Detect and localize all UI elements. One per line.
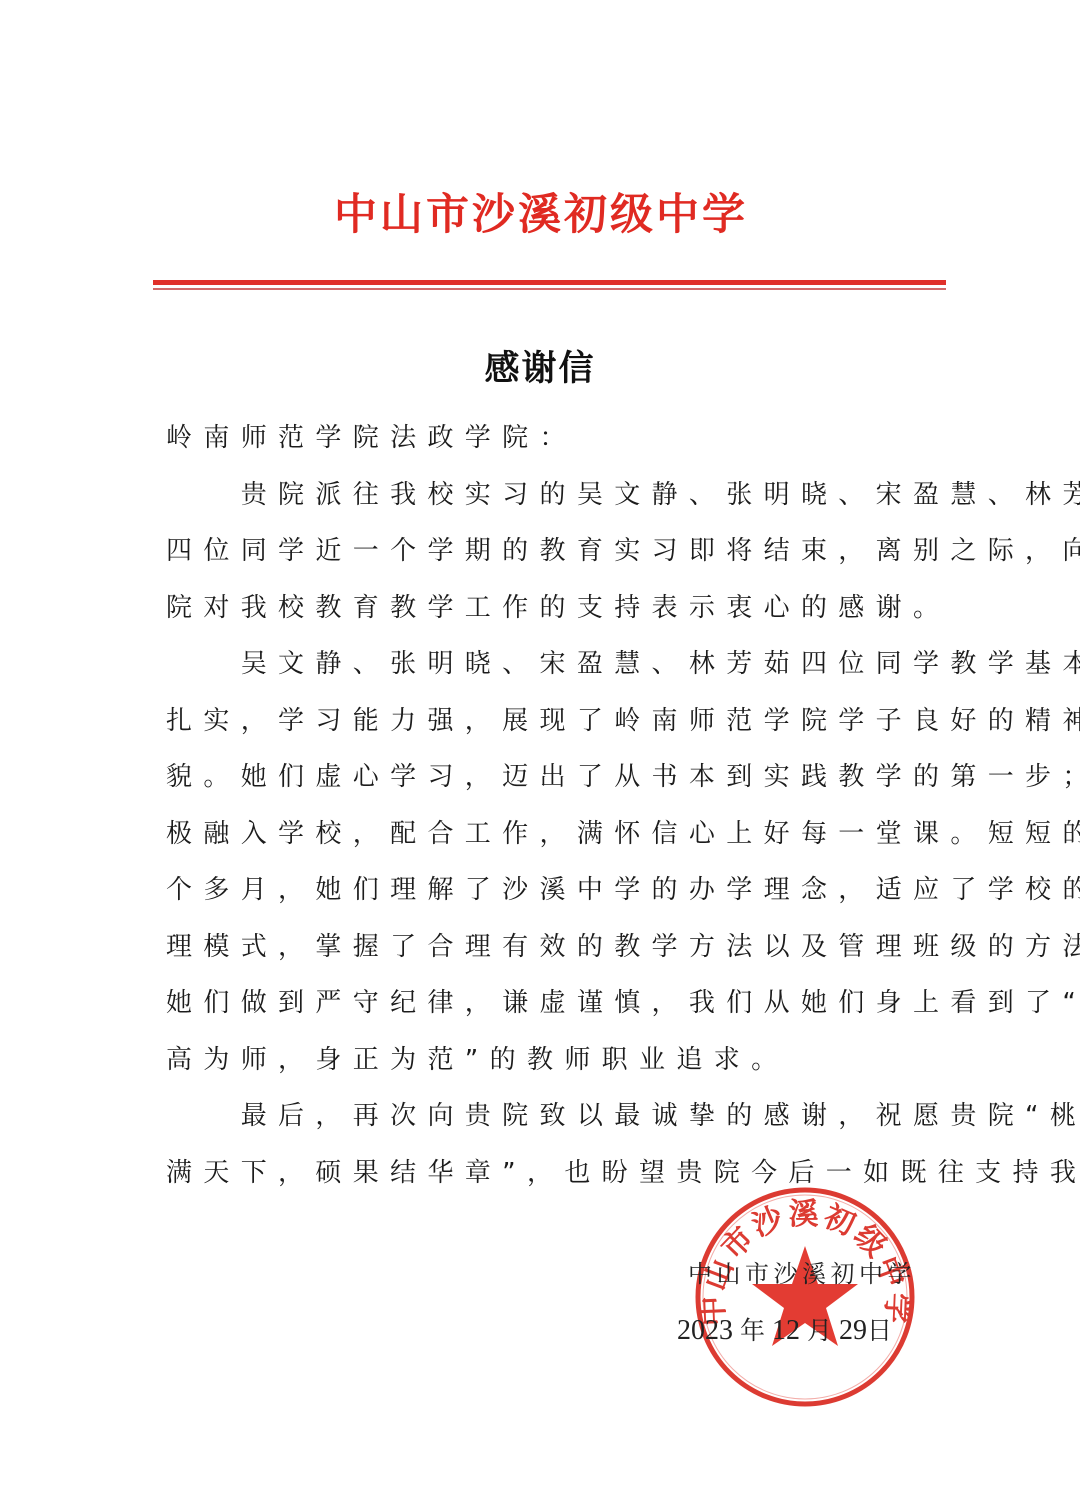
- date-year-unit: 年: [740, 1316, 765, 1345]
- paragraph-line: 她们做到严守纪律，谦虚谨慎，我们从她们身上看到了“学: [166, 975, 926, 1032]
- letterhead-school-name: 中山市沙溪初级中学: [0, 186, 1080, 244]
- salutation: 岭南师范学院法政学院：: [166, 410, 926, 467]
- paragraph-line: 院对我校教育教学工作的支持表示衷心的感谢。: [166, 580, 926, 637]
- paragraph-line: 吴文静、张明晓、宋盈慧、林芳茹四位同学教学基本功: [166, 636, 926, 693]
- date-month: 12: [772, 1315, 800, 1346]
- paragraph-line: 高为师，身正为范”的教师职业追求。: [166, 1032, 926, 1089]
- signature-date: 2023 年 12 月 29日: [677, 1311, 937, 1351]
- paragraph-line: 贵院派往我校实习的吴文静、张明晓、宋盈慧、林芳茹: [166, 467, 926, 524]
- letter-body: 岭南师范学院法政学院： 贵院派往我校实习的吴文静、张明晓、宋盈慧、林芳茹 四位同…: [166, 410, 926, 1201]
- paragraph-line: 最后，再次向贵院致以最诚挚的感谢，祝愿贵院“桃李: [166, 1088, 926, 1145]
- paragraph-line: 貌。她们虚心学习，迈出了从书本到实践教学的第一步；积: [166, 749, 926, 806]
- paragraph-line: 个多月，她们理解了沙溪中学的办学理念，适应了学校的管: [166, 862, 926, 919]
- letterhead-divider-thick: [153, 280, 946, 285]
- letterhead-divider-thin: [153, 288, 946, 290]
- signature-school-name: 中山市沙溪初中学: [688, 1254, 928, 1294]
- paragraph-line: 四位同学近一个学期的教育实习即将结束，离别之际，向贵: [166, 523, 926, 580]
- date-year: 2023: [677, 1315, 733, 1346]
- document-title: 感谢信: [0, 344, 1080, 394]
- official-seal: 中山市沙溪初级中学: [690, 1184, 920, 1410]
- paragraph-line: 扎实，学习能力强，展现了岭南师范学院学子良好的精神面: [166, 693, 926, 750]
- paragraph-line: 理模式，掌握了合理有效的教学方法以及管理班级的方法。: [166, 919, 926, 976]
- paragraph-2: 吴文静、张明晓、宋盈慧、林芳茹四位同学教学基本功 扎实，学习能力强，展现了岭南师…: [166, 636, 926, 1088]
- paragraph-1: 贵院派往我校实习的吴文静、张明晓、宋盈慧、林芳茹 四位同学近一个学期的教育实习即…: [166, 467, 926, 637]
- date-month-unit: 月: [807, 1316, 832, 1345]
- date-day-unit: 日: [867, 1316, 892, 1345]
- paragraph-line: 极融入学校，配合工作，满怀信心上好每一堂课。短短的三: [166, 806, 926, 863]
- date-day: 29: [839, 1315, 867, 1346]
